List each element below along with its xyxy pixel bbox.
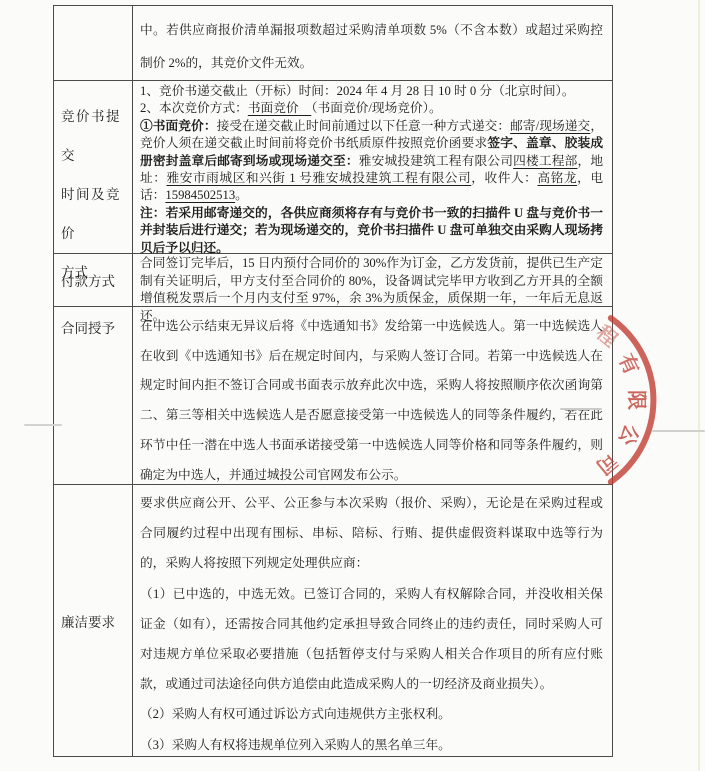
text-segment: （书面竞价/现场竞价）。 — [311, 101, 441, 115]
text-segment: 。 — [235, 188, 248, 202]
table-row-integrity: 廉洁要求 要求供应商公开、公平、公正参与本次采购（报价、采购），无论是在采购过程… — [54, 484, 612, 756]
text-segment: 高铭龙 — [537, 171, 577, 185]
text-segment: 15984502513 — [165, 188, 235, 202]
paragraph: （3）采购人有权将违规单位列入采购人的黑名单三年。 — [140, 730, 603, 760]
label-text: 付款方式 — [61, 270, 115, 290]
seal-char: 限 — [625, 390, 648, 410]
document-page: 中。若供应商报价清单漏报项数超过采购清单项数 5%（不含本数）或超过采购控制价 … — [0, 0, 705, 771]
text-segment: 雅安城投建筑工程有限公司 — [359, 154, 513, 168]
row-content-payment: 合同签订完毕后，15 日内预付合同价的 30%作为订金，乙方发货前，提供已生产定… — [133, 254, 612, 306]
label-text: 合同授予 — [61, 321, 115, 336]
table-row-payment: 付款方式 合同签订完毕后，15 日内预付合同价的 30%作为订金，乙方发货前，提… — [54, 253, 612, 306]
text-segment: 雅安市雨城区和兴街 1 号雅安城投建筑工程有限公司 — [166, 171, 471, 185]
table-row-award: 合同授予 在中选公示结束无异议后将《中选通知书》发给第一中选候选人。第一中选候选… — [54, 306, 612, 484]
paragraph: 要求供应商公开、公平、公正参与本次采购（报价、采购），无论是在采购过程或合同履约… — [140, 488, 603, 579]
procurement-terms-table: 中。若供应商报价清单漏报项数超过采购清单项数 5%（不含本数）或超过采购控制价 … — [53, 5, 613, 757]
paragraph: 在中选公示结束无异议后将《中选通知书》发给第一中选候选人。第一中选候选人在收到《… — [140, 312, 603, 490]
text-segment: ①书面竞价： — [140, 119, 217, 133]
paragraph: 1、竞价书递交截止（开标）时间：2024 年 4 月 28 日 10 时 0 分… — [140, 83, 603, 100]
text-segment: 书面竞价 — [248, 101, 311, 115]
label-line: 时间及竞价 — [61, 175, 130, 253]
paragraph: 中。若供应商报价清单漏报项数超过采购清单项数 5%（不含本数）或超过采购控制价 … — [140, 14, 603, 80]
scan-artifact — [24, 424, 62, 426]
text-segment: 邮寄/现场递交 — [510, 119, 590, 133]
seal-arc — [611, 318, 654, 482]
table-row-continuation: 中。若供应商报价清单漏报项数超过采购清单项数 5%（不含本数）或超过采购控制价 … — [54, 6, 612, 80]
scan-edge-line — [698, 0, 700, 771]
row-content-award: 在中选公示结束无异议后将《中选通知书》发给第一中选候选人。第一中选候选人在收到《… — [133, 307, 612, 484]
row-label-integrity: 廉洁要求 — [54, 485, 133, 756]
paragraph: （2）采购人有权可通过诉讼方式向违规供方主张权利。 — [140, 699, 603, 729]
row-content-integrity: 要求供应商公开、公平、公正参与本次采购（报价、采购），无论是在采购过程或合同履约… — [133, 485, 612, 756]
text-segment: 2、本次竞价方式： — [140, 101, 248, 115]
row-label-award: 合同授予 — [54, 307, 133, 484]
paragraph: 注：若采用邮寄递交的，各供应商须将存有与竞价书一致的扫描件 U 盘与竞价书一并封… — [140, 205, 603, 257]
seal-char: 公 — [613, 421, 643, 450]
table-row-bid-submission: 竞价书提交 时间及竞价 方式 1、竞价书递交截止（开标）时间：2024 年 4 … — [54, 80, 612, 253]
text-segment: 接受在递交截止时间前通过以下任意一种方式递交： — [217, 119, 511, 133]
row-label-payment: 付款方式 — [54, 254, 133, 306]
row-label-cell-empty — [54, 6, 133, 80]
paragraph: 2、本次竞价方式：书面竞价 （书面竞价/现场竞价）。 — [140, 100, 603, 117]
row-label-bid-submission: 竞价书提交 时间及竞价 方式 — [54, 81, 133, 253]
text-segment: ，收件人： — [471, 171, 537, 185]
label-text: 廉洁要求 — [61, 611, 115, 631]
label-line: 竞价书提交 — [61, 97, 130, 175]
seal-char: 有 — [614, 350, 644, 378]
scan-artifact — [560, 408, 602, 410]
paragraph: （1）已中选的，中选无效。已签订合同的，采购人有权解除合同，并没收相关保证金（如… — [140, 579, 603, 700]
text-segment: 四楼工程部 — [513, 154, 577, 168]
paragraph: ①书面竞价：接受在递交截止时间前通过以下任意一种方式递交：邮寄/现场递交，竞价人… — [140, 118, 603, 205]
row-content-bid-submission: 1、竞价书递交截止（开标）时间：2024 年 4 月 28 日 10 时 0 分… — [133, 81, 612, 253]
row-content-continuation: 中。若供应商报价清单漏报项数超过采购清单项数 5%（不含本数）或超过采购控制价 … — [133, 6, 612, 80]
text-segment: 注：若采用邮寄递交的，各供应商须将存有与竞价书一致的扫描件 U 盘与竞价书一并封… — [140, 206, 603, 255]
